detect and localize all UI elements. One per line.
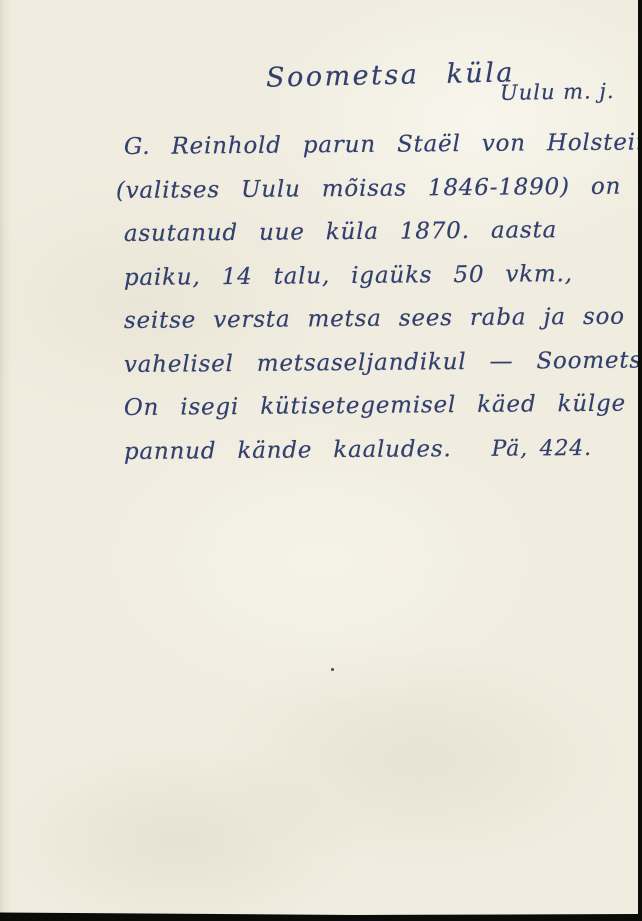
handwritten-line: G. Reinhold parun Staël von Holstein: [124, 130, 606, 178]
handwritten-line: (valitses Uulu mõisas 1846-1890) on: [116, 173, 606, 221]
page-title: Soometsa küla: [266, 57, 516, 93]
corner-annotation: Uulu m. j.: [500, 79, 615, 105]
handwritten-line: paiku, 14 talu, igaüks 50 vkm.,: [124, 260, 606, 308]
handwritten-line: asutanud uue küla 1870. aasta: [124, 217, 606, 265]
handwritten-line: pannud kände kaaludes. Pä, 424.: [124, 434, 606, 482]
handwritten-line: seitse versta metsa sees raba ja soo: [124, 304, 606, 352]
handwritten-line: On isegi kütisetegemisel käed külge: [124, 391, 606, 439]
handwritten-line-text: pannud kände kaaludes.: [124, 436, 452, 465]
ink-speck: [331, 668, 334, 671]
scan-edge-bottom: [0, 911, 642, 921]
handwritten-line: vahelisel metsaseljandikul — Soometsa.: [124, 347, 606, 395]
handwritten-body: G. Reinhold parun Staël von Holstein (va…: [124, 134, 606, 482]
scan-edge-right: [638, 0, 642, 921]
archive-reference: Pä, 424.: [491, 435, 592, 461]
scanned-document-page: Soometsa küla Uulu m. j. G. Reinhold par…: [0, 0, 642, 921]
